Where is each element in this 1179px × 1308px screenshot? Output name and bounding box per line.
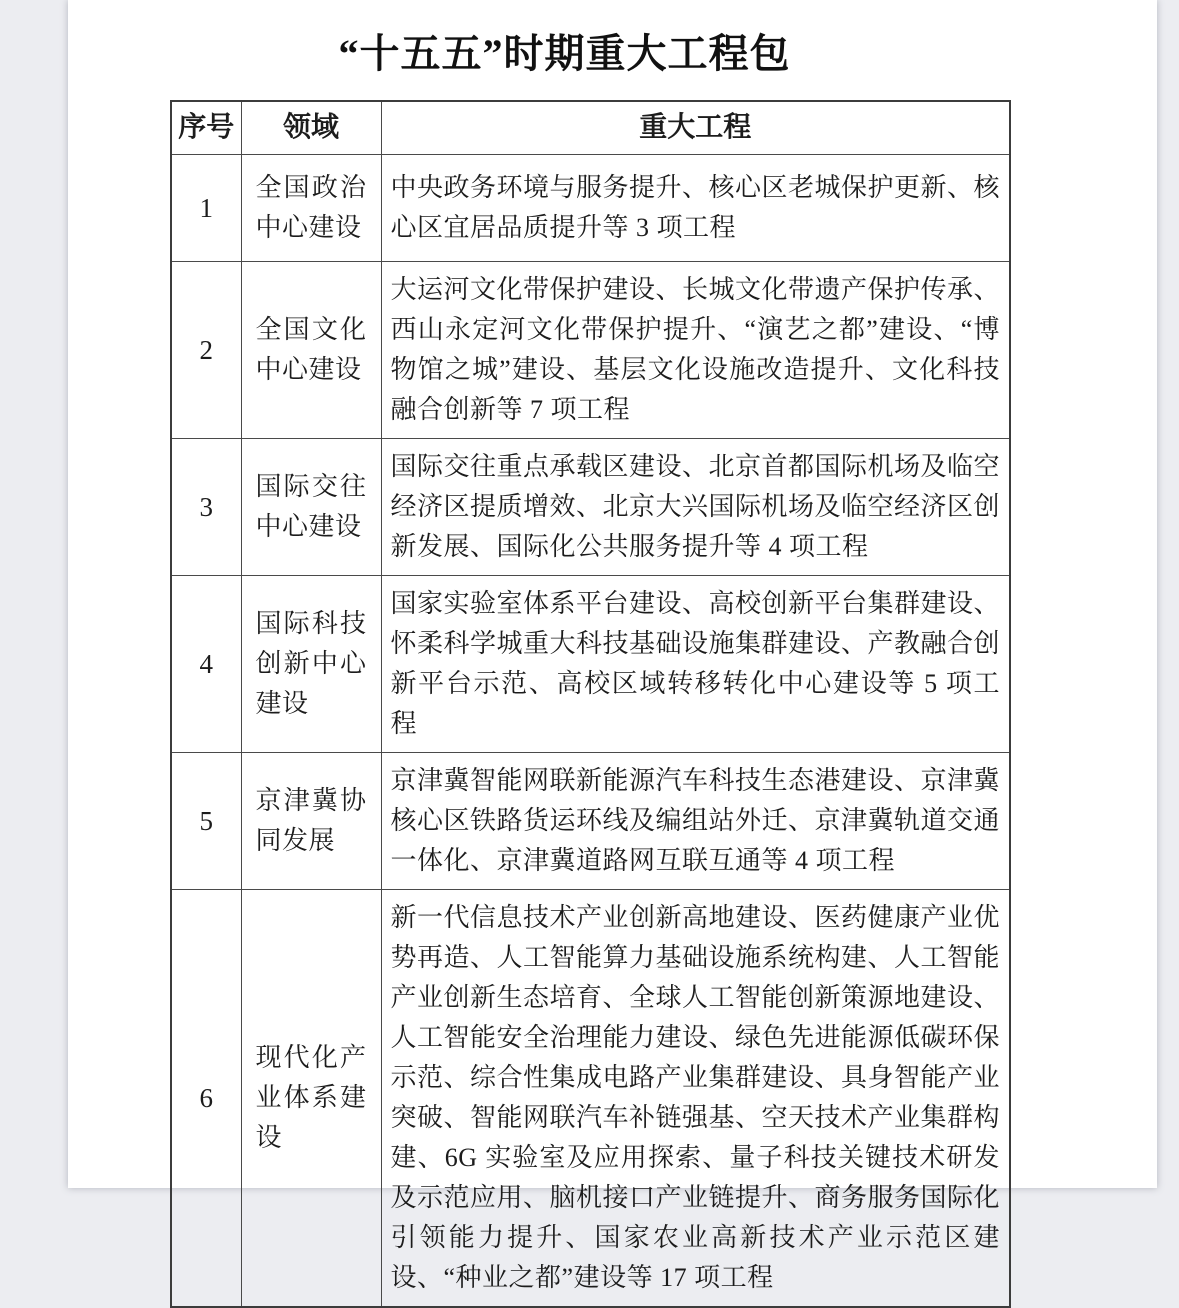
table-row: 2 全国文化中心建设 大运河文化带保护建设、长城文化带遗产保护传承、西山永定河文… bbox=[171, 261, 1010, 438]
row-number-cell: 4 bbox=[171, 575, 241, 752]
projects-cell: 国家实验室体系平台建设、高校创新平台集群建设、怀柔科学城重大科技基础设施集群建设… bbox=[381, 575, 1010, 752]
table-header-row: 序号 领域 重大工程 bbox=[171, 101, 1010, 154]
field-cell: 国际科技创新中心建设 bbox=[241, 575, 381, 752]
table-row: 5 京津冀协同发展 京津冀智能网联新能源汽车科技生态港建设、京津冀核心区铁路货运… bbox=[171, 752, 1010, 889]
field-cell: 全国政治中心建设 bbox=[241, 154, 381, 261]
projects-cell: 京津冀智能网联新能源汽车科技生态港建设、京津冀核心区铁路货运环线及编组站外迁、京… bbox=[381, 752, 1010, 889]
field-cell: 现代化产业体系建设 bbox=[241, 889, 381, 1188]
table-row: 4 国际科技创新中心建设 国家实验室体系平台建设、高校创新平台集群建设、怀柔科学… bbox=[171, 575, 1010, 752]
column-header-serial: 序号 bbox=[171, 101, 241, 154]
table-row: 1 全国政治中心建设 中央政务环境与服务提升、核心区老城保护更新、核心区宜居品质… bbox=[171, 154, 1010, 261]
field-cell: 国际交往中心建设 bbox=[241, 438, 381, 575]
row-number-cell: 5 bbox=[171, 752, 241, 889]
projects-cell: 大运河文化带保护建设、长城文化带遗产保护传承、西山永定河文化带保护提升、“演艺之… bbox=[381, 261, 1010, 438]
field-cell: 京津冀协同发展 bbox=[241, 752, 381, 889]
row-number-cell: 2 bbox=[171, 261, 241, 438]
row-number-cell: 6 bbox=[171, 889, 241, 1188]
projects-table: 序号 领域 重大工程 1 全国政治中心建设 中央政务环境与服务提升、核心区老城保… bbox=[170, 100, 1011, 1188]
table-row: 6 现代化产业体系建设 新一代信息技术产业创新高地建设、医药健康产业优势再造、人… bbox=[171, 889, 1010, 1188]
row-number-cell: 1 bbox=[171, 154, 241, 261]
projects-cell: 中央政务环境与服务提升、核心区老城保护更新、核心区宜居品质提升等 3 项工程 bbox=[381, 154, 1010, 261]
column-header-projects: 重大工程 bbox=[381, 101, 1010, 154]
document-content: “十五五”时期重大工程包 序号 领域 重大工程 1 全国政治中心建设 中央政务环… bbox=[170, 0, 1009, 1188]
table-row: 3 国际交往中心建设 国际交往重点承载区建设、北京首都国际机场及临空经济区提质增… bbox=[171, 438, 1010, 575]
document-page: “十五五”时期重大工程包 序号 领域 重大工程 1 全国政治中心建设 中央政务环… bbox=[68, 0, 1157, 1188]
page-title: “十五五”时期重大工程包 bbox=[170, 0, 959, 76]
field-cell: 全国文化中心建设 bbox=[241, 261, 381, 438]
row-number-cell: 3 bbox=[171, 438, 241, 575]
column-header-field: 领域 bbox=[241, 101, 381, 154]
projects-cell: 新一代信息技术产业创新高地建设、医药健康产业优势再造、人工智能算力基础设施系统构… bbox=[381, 889, 1010, 1188]
projects-cell: 国际交往重点承载区建设、北京首都国际机场及临空经济区提质增效、北京大兴国际机场及… bbox=[381, 438, 1010, 575]
